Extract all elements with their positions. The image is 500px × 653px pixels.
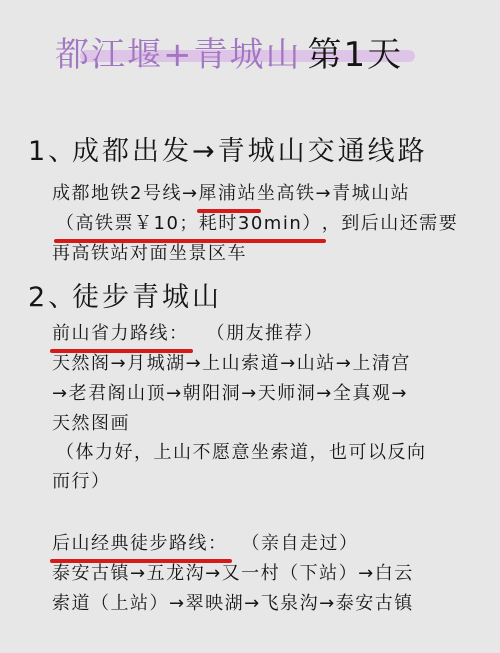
line2-suffix: ，到后山还需要 [322, 213, 459, 234]
line1-prefix: 成都地铁2号线→ [52, 183, 199, 204]
section1-line2: （高铁票￥10；耗时30min），到后山还需要 [56, 210, 458, 238]
xipu-station-underlined: 犀浦站 [199, 180, 258, 208]
back-route-line: 索道（上站）→翠映湖→飞泉沟→泰安古镇 [52, 590, 414, 618]
back-route-label-line: 后山经典徒步路线：（亲自走过） [52, 530, 359, 558]
section1-line3: 再高铁站对面坐景区车 [52, 240, 247, 268]
section1-heading-text: 成都出发→青城山交通线路 [72, 136, 428, 167]
front-route-tip: （体力好，上山不愿意坐索道，也可以反向 [56, 439, 427, 467]
ticket-info-underlined: （高铁票￥10；耗时30min） [56, 210, 322, 238]
front-route-note: （朋友推荐） [207, 323, 324, 344]
front-route-label-line: 前山省力路线：（朋友推荐） [52, 320, 324, 348]
front-route-line: 天然图画 [52, 410, 130, 438]
front-route-label: 前山省力路线： [52, 320, 189, 348]
title-highlighted-text: 都江堰+青城山 [55, 35, 302, 75]
section1-heading: 1、成都出发→青城山交通线路 [28, 132, 428, 172]
front-route-line: 天然阁→月城湖→上山索道→山站→上清宫 [52, 350, 411, 378]
section1-line1: 成都地铁2号线→犀浦站坐高铁→青城山站 [52, 180, 410, 208]
line1-suffix: 坐高铁→青城山站 [257, 183, 410, 204]
back-route-note: （亲自走过） [242, 533, 359, 554]
section1-number: 1、 [28, 132, 72, 172]
section2-heading: 2、徒步青城山 [28, 278, 222, 318]
front-route-line: →老君阁山顶→朝阳洞→天师洞→全真观→ [52, 380, 408, 408]
title-day-text: 第1天 [308, 35, 404, 75]
section2-heading-text: 徒步青城山 [72, 282, 222, 313]
back-route-line: 泰安古镇→五龙沟→又一村（下站）→白云 [52, 560, 414, 588]
page-title: 都江堰+青城山第1天 [55, 30, 403, 80]
back-route-label: 后山经典徒步路线： [52, 530, 228, 558]
section2-number: 2、 [28, 278, 72, 318]
front-route-tip: 而行） [52, 468, 111, 496]
